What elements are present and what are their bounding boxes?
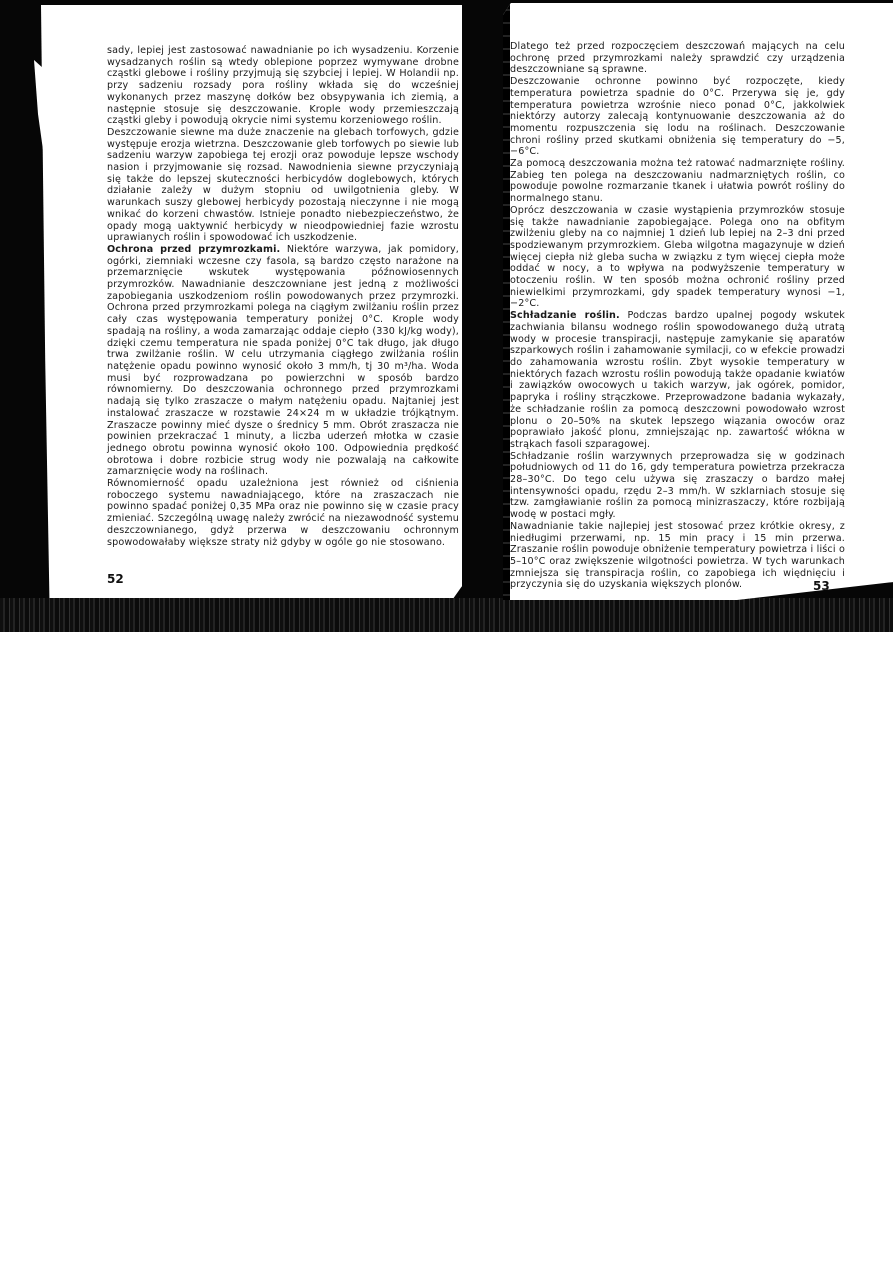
- paragraph-text: Podczas bardzo upalnej pogody wskutek za…: [510, 310, 845, 450]
- paragraph: Deszczowanie siewne ma duże znaczenie na…: [107, 127, 459, 244]
- paragraph: Schładzanie roślin warzywnych przeprowad…: [510, 451, 845, 521]
- paragraph-text: Niektóre warzywa, jak pomidory, ogórki, …: [107, 244, 459, 477]
- scan-noise-strip: [0, 598, 893, 632]
- section-heading-plant-cooling: Schładzanie roślin.: [510, 310, 620, 321]
- right-page-text: Dlatego też przed rozpoczęciem deszczowa…: [510, 41, 845, 591]
- paragraph: sady, lepiej jest zastosować nawadnianie…: [107, 45, 459, 127]
- paragraph-text: sady, lepiej jest zastosować nawadnianie…: [107, 45, 459, 126]
- left-page: sady, lepiej jest zastosować nawadnianie…: [41, 5, 462, 598]
- paragraph-text: Deszczowanie siewne ma duże znaczenie na…: [107, 127, 459, 243]
- section-heading-frost-protection: Ochrona przed przymrozkami.: [107, 244, 280, 255]
- right-page: Dlatego też przed rozpoczęciem deszczowa…: [503, 3, 893, 600]
- paragraph-text: Równomierność opadu uzależniona jest rów…: [107, 478, 459, 548]
- paragraph-text: Deszczowanie ochronne powinno być rozpoc…: [510, 76, 845, 157]
- paragraph: Schładzanie roślin. Podczas bardzo upaln…: [510, 310, 845, 450]
- paragraph: Dlatego też przed rozpoczęciem deszczowa…: [510, 41, 845, 76]
- paragraph: Oprócz deszczowania w czasie wystąpienia…: [510, 205, 845, 310]
- paragraph: Równomierność opadu uzależniona jest rów…: [107, 478, 459, 548]
- paragraph: Nawadnianie takie najlepiej jest stosowa…: [510, 521, 845, 591]
- page-number: 52: [107, 572, 124, 586]
- paragraph-text: Za pomocą deszczowania można też ratować…: [510, 158, 845, 204]
- paragraph-text: Oprócz deszczowania w czasie wystąpienia…: [510, 205, 845, 310]
- paragraph-text: Nawadnianie takie najlepiej jest stosowa…: [510, 521, 845, 591]
- paragraph: Deszczowanie ochronne powinno być rozpoc…: [510, 76, 845, 158]
- binding-shadow: [503, 3, 510, 600]
- paragraph-text: Dlatego też przed rozpoczęciem deszczowa…: [510, 41, 845, 75]
- paragraph-text: Schładzanie roślin warzywnych przeprowad…: [510, 451, 845, 521]
- paragraph: Za pomocą deszczowania można też ratować…: [510, 158, 845, 205]
- paragraph: Ochrona przed przymrozkami. Niektóre war…: [107, 244, 459, 478]
- left-page-text: sady, lepiej jest zastosować nawadnianie…: [107, 45, 459, 548]
